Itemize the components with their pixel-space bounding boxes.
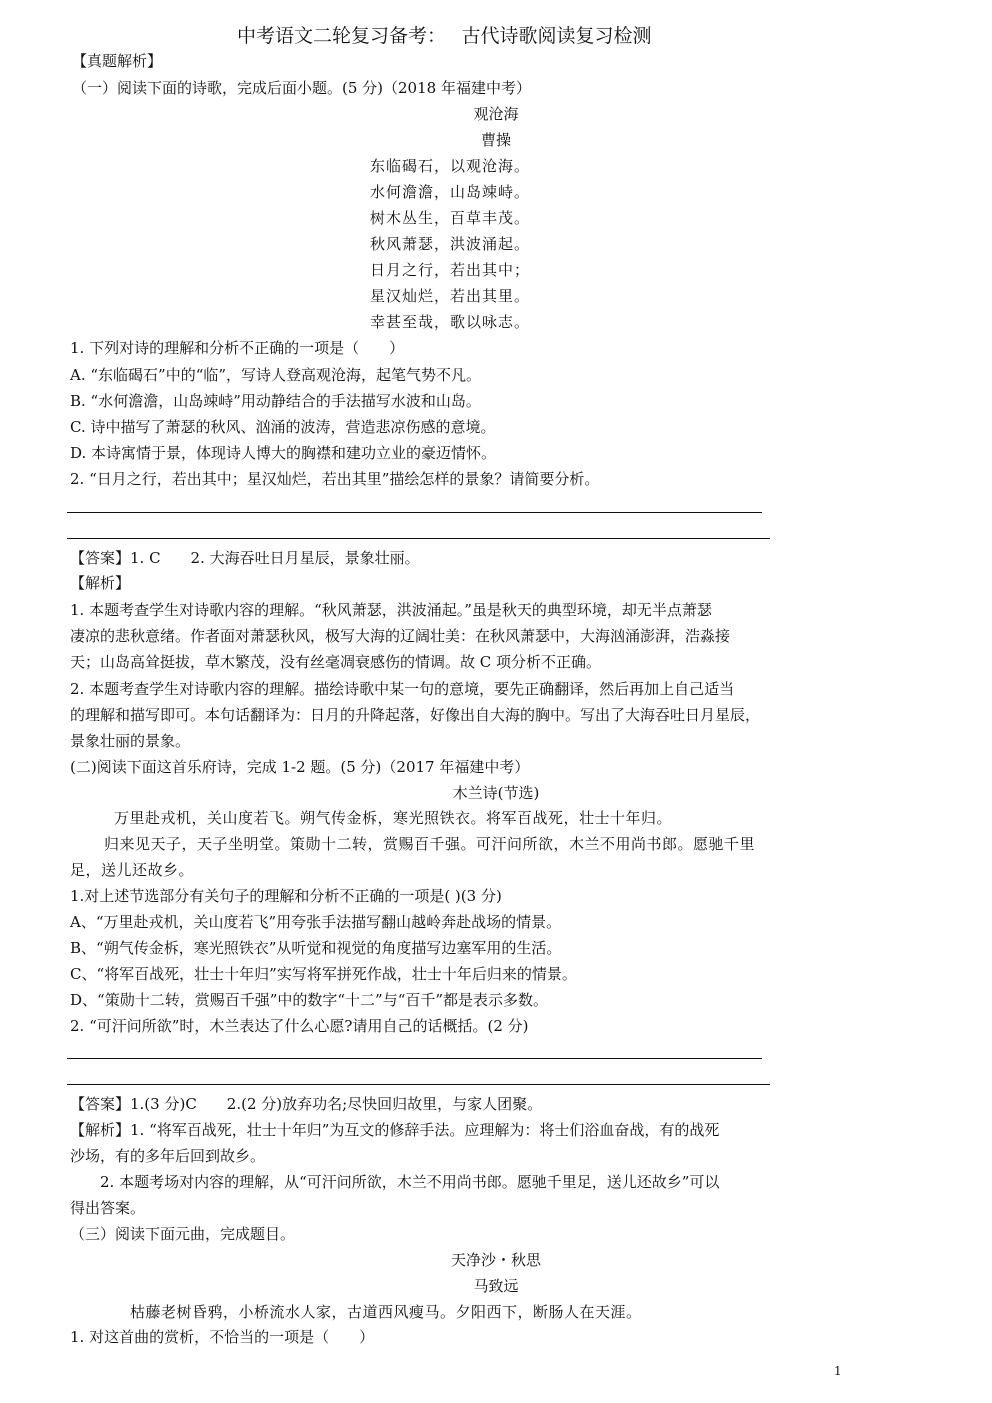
part2-option-d: D、“策勋十二转，赏赐百千强”中的数字“十二”与“百千”都是表示多数。 [70,990,548,1010]
part2-analysis-line: 沙场，有的多年后回到故乡。 [70,1146,265,1166]
part2-option-b: B、“朔气传金柝，寒光照铁衣”从听觉和视觉的角度描写边塞军用的生活。 [70,938,561,958]
part2-analysis-line: 2. 本题考场对内容的理解，从“可汗问所欲，木兰不用尚书郎。愿驰千里足，送儿还故… [70,1172,719,1192]
part1-question-1: 1. 下列对诗的理解和分析不正确的一项是（ ） [70,338,404,358]
part1-poem-line: 树木丛生，百草丰茂。 [370,208,530,228]
part1-poem-line: 幸甚至哉，歌以咏志。 [370,312,530,332]
part1-analysis-line: 天；山岛高耸挺拔，草木繁茂，没有丝毫凋衰感伤的情调。故 C 项分析不正确。 [70,652,601,672]
part1-analysis-line: 2. 本题考查学生对诗歌内容的理解。描绘诗歌中某一句的意境，要先正确翻译，然后再… [70,679,734,699]
part1-analysis-line: 1. 本题考查学生对诗歌内容的理解。“秋风萧瑟，洪波涌起。”虽是秋天的典型环境，… [70,600,712,620]
part2-question-2: 2. “可汗问所欲”时，木兰表达了什么心愿?请用自己的话概括。(2 分) [70,1016,528,1036]
document-title: 中考语文二轮复习备考： 古代诗歌阅读复习检测 [237,23,652,49]
part1-poem-line: 东临碣石，以观沧海。 [370,156,530,176]
part2-option-c: C、“将军百战死，壮士十年归”实写将军拼死作战，壮士十年后归来的情景。 [70,964,577,984]
part1-option-a: A. “东临碣石”中的“临”，写诗人登高观沧海，起笔气势不凡。 [70,365,481,385]
part2-poem-line: 足，送儿还故乡。 [70,860,194,880]
part2-analysis-line: 得出答案。 [70,1198,145,1218]
part1-poem-title: 观沧海 [0,104,992,124]
part1-question-2: 2. “日月之行，若出其中；星汉灿烂，若出其里”描绘怎样的景象？请简要分析。 [70,469,599,489]
answer-line[interactable] [67,1084,770,1085]
part1-analysis-heading: 【解析】 [70,573,130,593]
answer-line[interactable] [67,512,762,513]
part3-intro: （三）阅读下面元曲，完成题目。 [70,1224,295,1244]
part1-poem-line: 水何澹澹，山岛竦峙。 [370,182,530,202]
part3-question-1: 1. 对这首曲的赏析，不恰当的一项是（ ） [70,1327,374,1347]
part2-poem-line: 万里赴戎机，关山度若飞。朔气传金柝，寒光照铁衣。将军百战死，壮士十年归。 [114,808,672,828]
part1-analysis-line: 景象壮丽的景象。 [70,731,190,751]
section-heading: 【真题解析】 [72,51,162,71]
answer-line[interactable] [67,1058,762,1059]
part1-intro: （一）阅读下面的诗歌，完成后面小题。(5 分)（2018 年福建中考） [72,78,531,98]
part3-poem-line: 枯藤老树昏鸦，小桥流水人家，古道西风瘦马。夕阳西下，断肠人在天涯。 [130,1302,642,1322]
part3-poem-title: 天净沙・秋思 [0,1250,992,1270]
part1-option-c: C. 诗中描写了萧瑟的秋风、汹涌的波涛，营造悲凉伤感的意境。 [70,417,495,437]
page-number: 1 [834,1364,842,1378]
part1-poem-line: 星汉灿烂，若出其里。 [370,286,530,306]
part2-question-1: 1.对上述节选部分有关句子的理解和分析不正确的一项是( )(3 分) [70,886,502,906]
part2-intro: (二)阅读下面这首乐府诗，完成 1-2 题。(5 分)（2017 年福建中考） [70,757,529,777]
answer-line[interactable] [67,538,770,539]
part1-option-b: B. “水何澹澹，山岛竦峙”用动静结合的手法描写水波和山岛。 [70,391,481,411]
part1-analysis-line: 的理解和描写即可。本句话翻译为：日月的升降起落，好像出自大海的胸中。写出了大海吞… [70,705,760,725]
part1-analysis-line: 凄凉的悲秋意绪。作者面对萧瑟秋风，极写大海的辽阔壮美：在秋风萧瑟中，大海汹涌澎湃… [70,626,730,646]
part2-analysis-line: 【解析】1. “将军百战死，壮士十年归”为互文的修辞手法。应理解为：将士们浴血奋… [70,1120,719,1140]
part1-option-d: D. 本诗寓情于景，体现诗人博大的胸襟和建功立业的豪迈情怀。 [70,443,496,463]
part1-poem-author: 曹操 [0,130,992,150]
part1-poem-line: 秋风萧瑟，洪波涌起。 [370,234,530,254]
part1-poem-line: 日月之行，若出其中； [370,260,530,280]
part2-option-a: A、“万里赴戎机，关山度若飞”用夸张手法描写翻山越岭奔赴战场的情景。 [70,912,561,932]
part3-poem-author: 马致远 [0,1276,992,1296]
part2-poem-line: 归来见天子，天子坐明堂。策勋十二转，赏赐百千强。可汗问所欲，木兰不用尚书郎。愿驰… [104,834,755,854]
part2-answer: 【答案】1.(3 分)C 2.(2 分)放弃功名;尽快回归故里，与家人团聚。 [70,1094,542,1114]
part1-answer: 【答案】1. C 2. 大海吞吐日月星辰，景象壮丽。 [70,548,420,568]
part2-poem-title: 木兰诗(节选) [0,783,992,803]
